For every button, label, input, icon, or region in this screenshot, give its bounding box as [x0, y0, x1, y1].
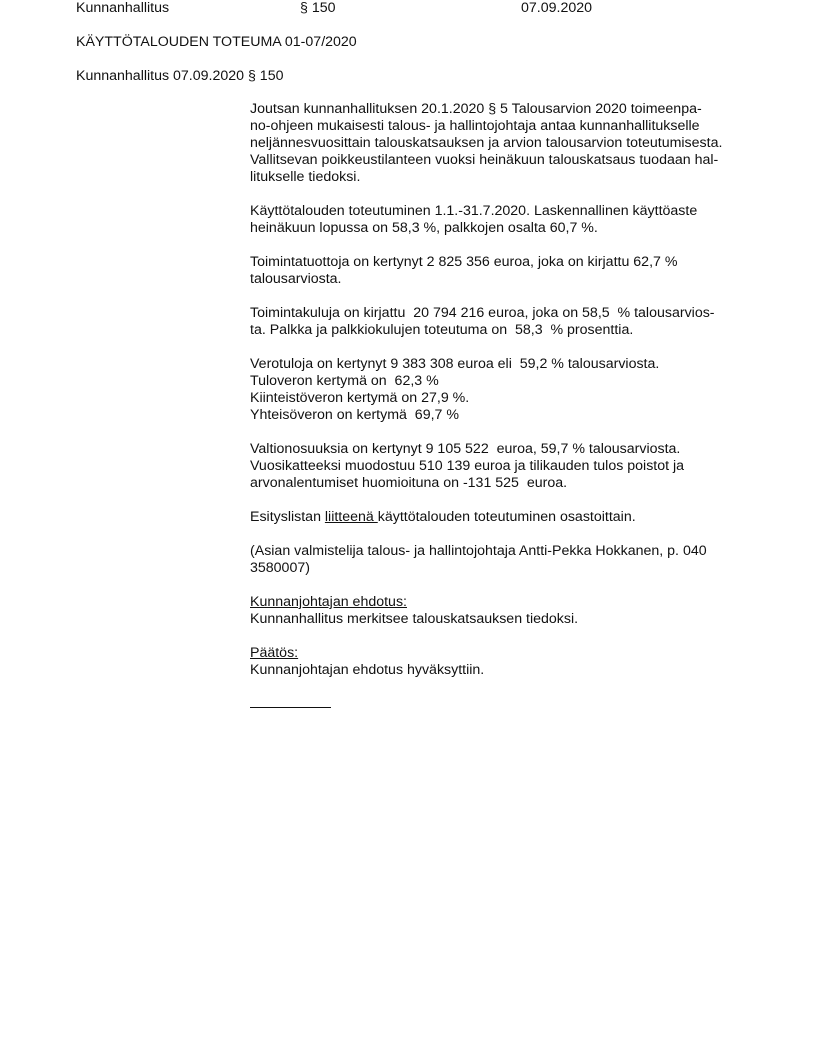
revenue-paragraph: Toimintatuottoja on kertynyt 2 825 356 e… — [250, 254, 750, 288]
text-line: Toimintatuottoja on kertynyt 2 825 356 e… — [250, 254, 750, 271]
meeting-reference: Kunnanhallitus 07.09.2020 § 150 — [76, 68, 283, 85]
proposal-section: Kunnanjohtajan ehdotus: Kunnanhallitus m… — [250, 594, 750, 628]
text-line: Toimintakuluja on kirjattu 20 794 216 eu… — [250, 305, 750, 322]
text-line: talousarviosta. — [250, 271, 750, 288]
text-line: (Asian valmistelija talous- ja hallintoj… — [250, 543, 750, 560]
text-line: no-ohjeen mukaisesti talous- ja hallinto… — [250, 118, 750, 135]
proposal-heading: Kunnanjohtajan ehdotus: — [250, 594, 750, 611]
text-line: Vuosikatteeksi muodostuu 510 139 euroa j… — [250, 458, 750, 475]
text-segment: käyttötalouden toteutuminen osastoittain… — [378, 509, 636, 525]
header-organ: Kunnanhallitus — [76, 0, 169, 17]
text-line: Valtionosuuksia on kertynyt 9 105 522 eu… — [250, 441, 750, 458]
text-line: neljännesvuosittain talouskatsauksen ja … — [250, 135, 750, 152]
decision-heading: Päätös: — [250, 645, 750, 662]
state-subsidies-paragraph: Valtionosuuksia on kertynyt 9 105 522 eu… — [250, 441, 750, 492]
text-line: Yhteisöveron on kertymä 69,7 % — [250, 407, 750, 424]
decision-section: Päätös: Kunnanjohtajan ehdotus hyväksytt… — [250, 645, 750, 679]
usage-paragraph: Käyttötalouden toteutuminen 1.1.-31.7.20… — [250, 203, 750, 237]
text-line: Tuloveron kertymä on 62,3 % — [250, 373, 750, 390]
preparer-paragraph: (Asian valmistelija talous- ja hallintoj… — [250, 543, 750, 577]
text-line: Käyttötalouden toteutuminen 1.1.-31.7.20… — [250, 203, 750, 220]
attachment-paragraph: Esityslistan liitteenä käyttötalouden to… — [250, 509, 750, 526]
header-date: 07.09.2020 — [521, 0, 592, 17]
text-line: Kiinteistöveron kertymä on 27,9 %. — [250, 390, 750, 407]
text-line: ta. Palkka ja palkkiokulujen toteutuma o… — [250, 322, 750, 339]
taxes-paragraph: Verotuloja on kertynyt 9 383 308 euroa e… — [250, 356, 750, 424]
attachment-link[interactable]: liitteenä — [325, 509, 378, 525]
signature-line — [250, 696, 750, 713]
text-segment: Esityslistan — [250, 509, 325, 525]
text-line: Verotuloja on kertynyt 9 383 308 euroa e… — [250, 356, 750, 373]
header-paragraph: § 150 — [300, 0, 336, 17]
text-line: heinäkuun lopussa on 58,3 %, palkkojen o… — [250, 220, 750, 237]
text-line: Vallitsevan poikkeustilanteen vuoksi hei… — [250, 152, 750, 169]
document-body: Joutsan kunnanhallituksen 20.1.2020 § 5 … — [250, 101, 750, 713]
divider — [250, 698, 331, 708]
text-line: litukselle tiedoksi. — [250, 169, 750, 186]
proposal-text: Kunnanhallitus merkitsee talouskatsaukse… — [250, 611, 750, 628]
expenses-paragraph: Toimintakuluja on kirjattu 20 794 216 eu… — [250, 305, 750, 339]
text-line: arvonalentumiset huomioituna on -131 525… — [250, 475, 750, 492]
text-line: Joutsan kunnanhallituksen 20.1.2020 § 5 … — [250, 101, 750, 118]
document-title: KÄYTTÖTALOUDEN TOTEUMA 01-07/2020 — [76, 34, 357, 51]
text-line: 3580007) — [250, 560, 750, 577]
intro-paragraph: Joutsan kunnanhallituksen 20.1.2020 § 5 … — [250, 101, 750, 186]
decision-text: Kunnanjohtajan ehdotus hyväksyttiin. — [250, 662, 750, 679]
